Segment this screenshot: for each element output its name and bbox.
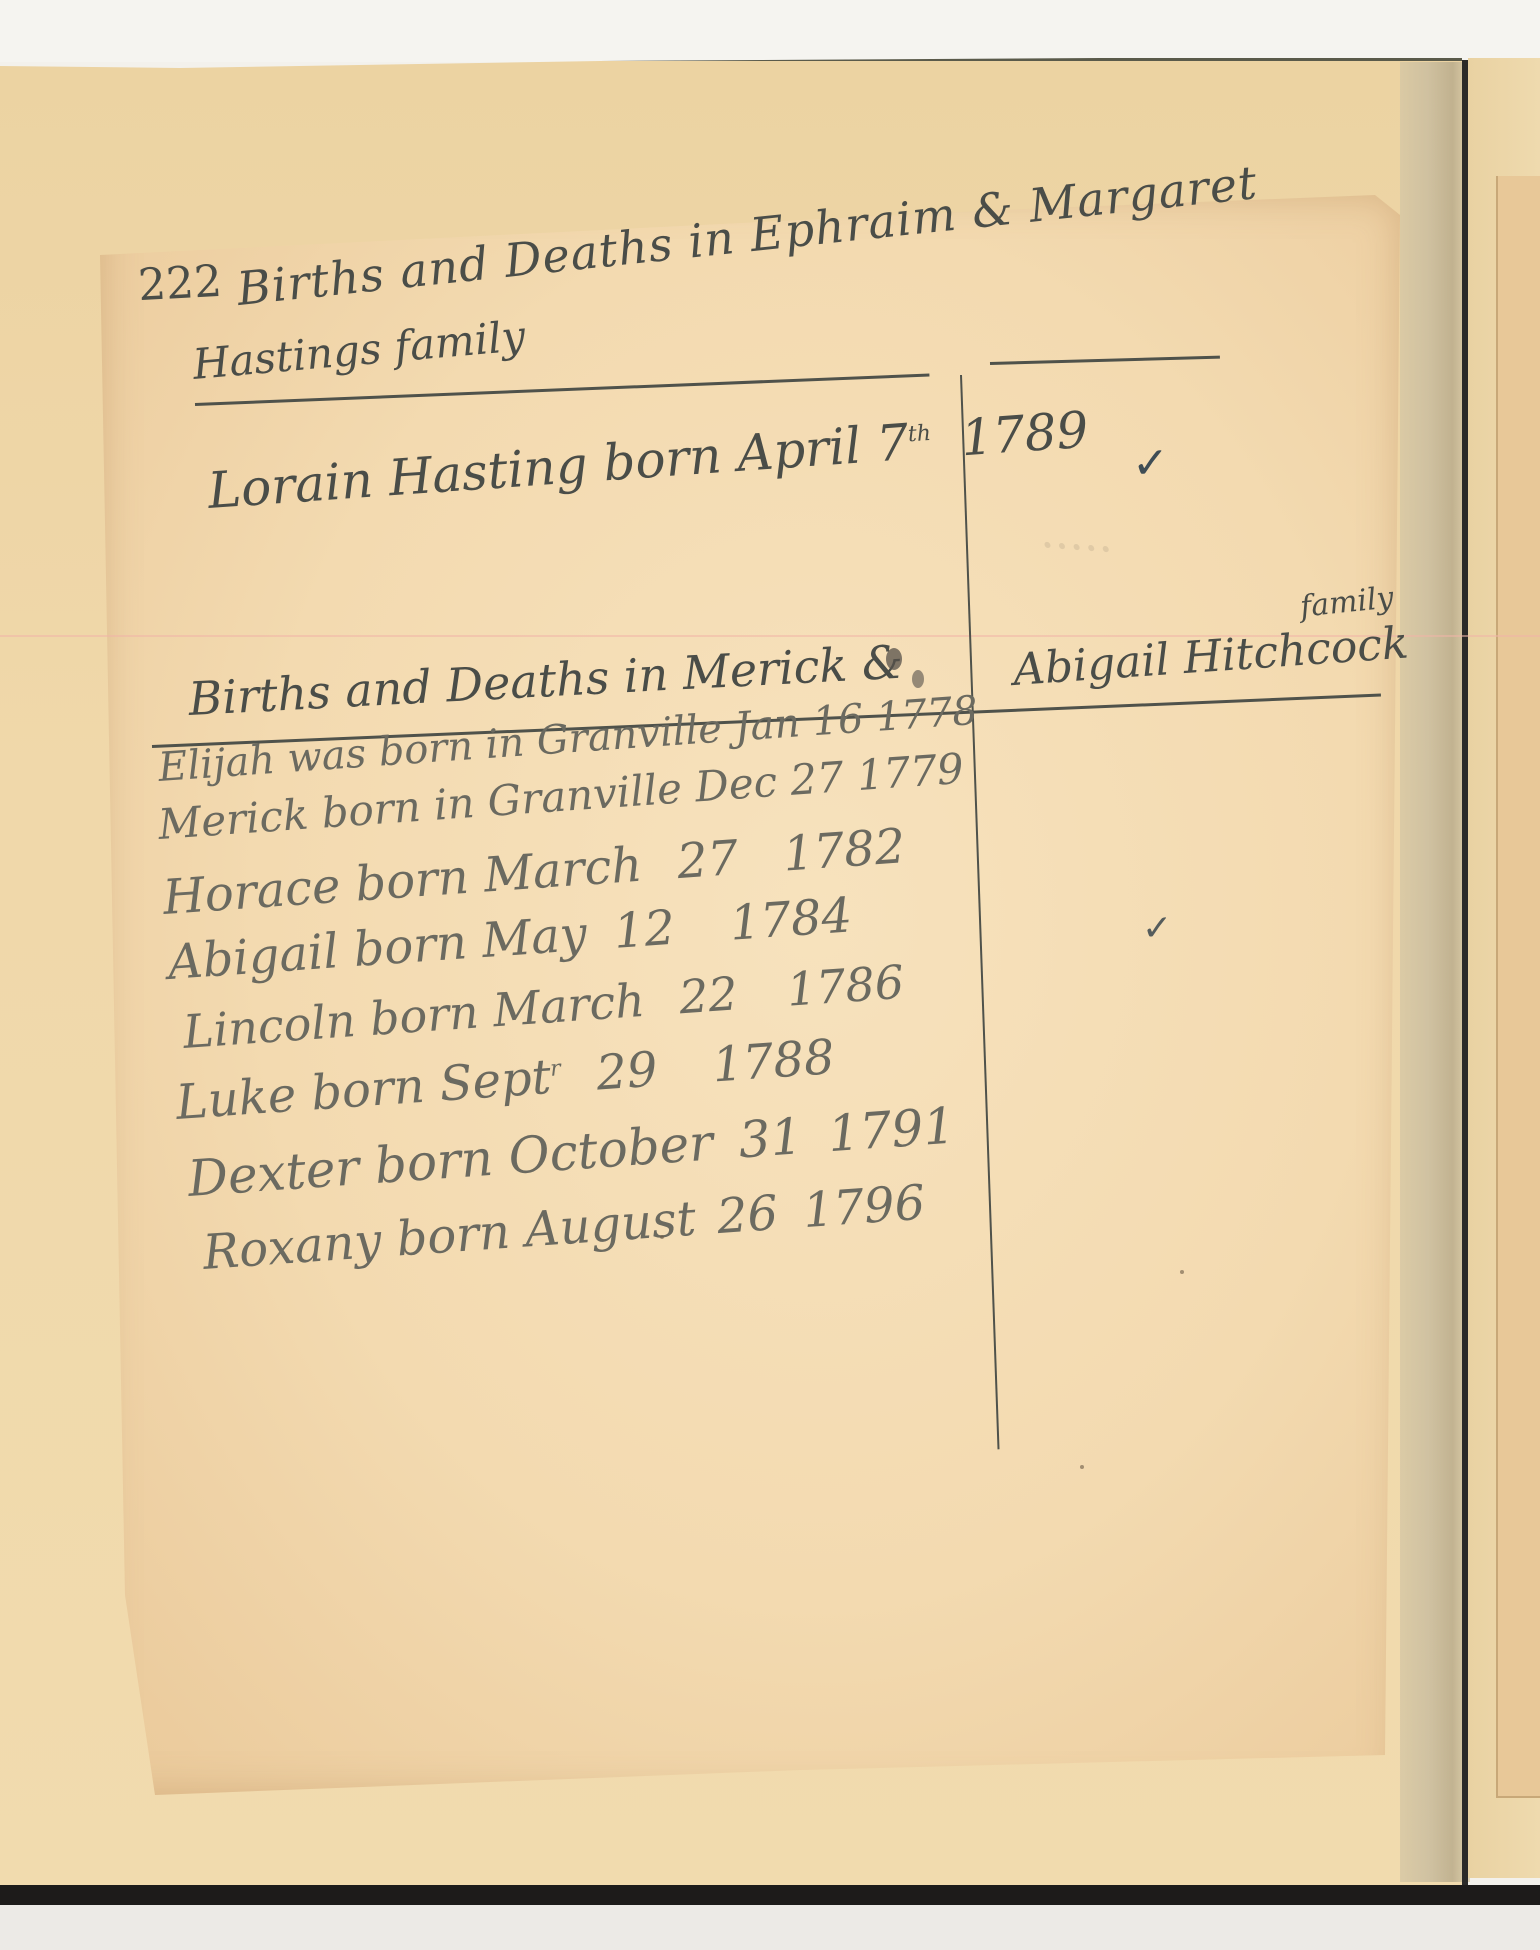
scanner-background-top — [0, 0, 1540, 62]
page-number: 222 — [137, 256, 224, 311]
entry-year: 1779 — [855, 744, 965, 800]
entry-day: 26 — [715, 1185, 780, 1245]
entry-day: 12 — [612, 900, 677, 960]
paper-speck — [1080, 1465, 1084, 1469]
entry-year: 1789 — [959, 401, 1090, 468]
checkmark-icon: ✓ — [1142, 908, 1172, 949]
entry-year: 1782 — [781, 818, 907, 882]
paper-speck — [660, 1235, 664, 1239]
entry-year: 1796 — [801, 1175, 927, 1239]
scanner-background-bottom — [0, 1905, 1540, 1950]
paper-speck — [1180, 1270, 1184, 1274]
entry-year: 1788 — [711, 1029, 837, 1093]
entry-day: 31 — [737, 1107, 805, 1169]
entry-day: 22 — [677, 966, 739, 1024]
entry-year: 1778 — [874, 688, 979, 741]
facing-leaf-edge — [1496, 176, 1540, 1798]
entry-day: 29 — [594, 1041, 659, 1101]
ink-blot — [912, 670, 924, 688]
entry-year: 1786 — [785, 955, 906, 1017]
album-hinge-tape — [1400, 62, 1470, 1882]
entry-day: 27 — [675, 830, 740, 890]
bleed-through-text: ····· — [1038, 518, 1115, 577]
entry-day: 16 — [811, 696, 865, 745]
entry-day: 27 — [789, 752, 846, 805]
entry-superscript: th — [907, 421, 932, 448]
facing-album-page — [1468, 58, 1540, 1878]
entry-superscript: r — [549, 1056, 561, 1082]
checkmark-icon: ✓ — [1132, 438, 1169, 489]
entry-year: 1784 — [728, 887, 854, 951]
ink-blot — [886, 648, 902, 670]
entry-year: 1791 — [826, 1097, 957, 1164]
